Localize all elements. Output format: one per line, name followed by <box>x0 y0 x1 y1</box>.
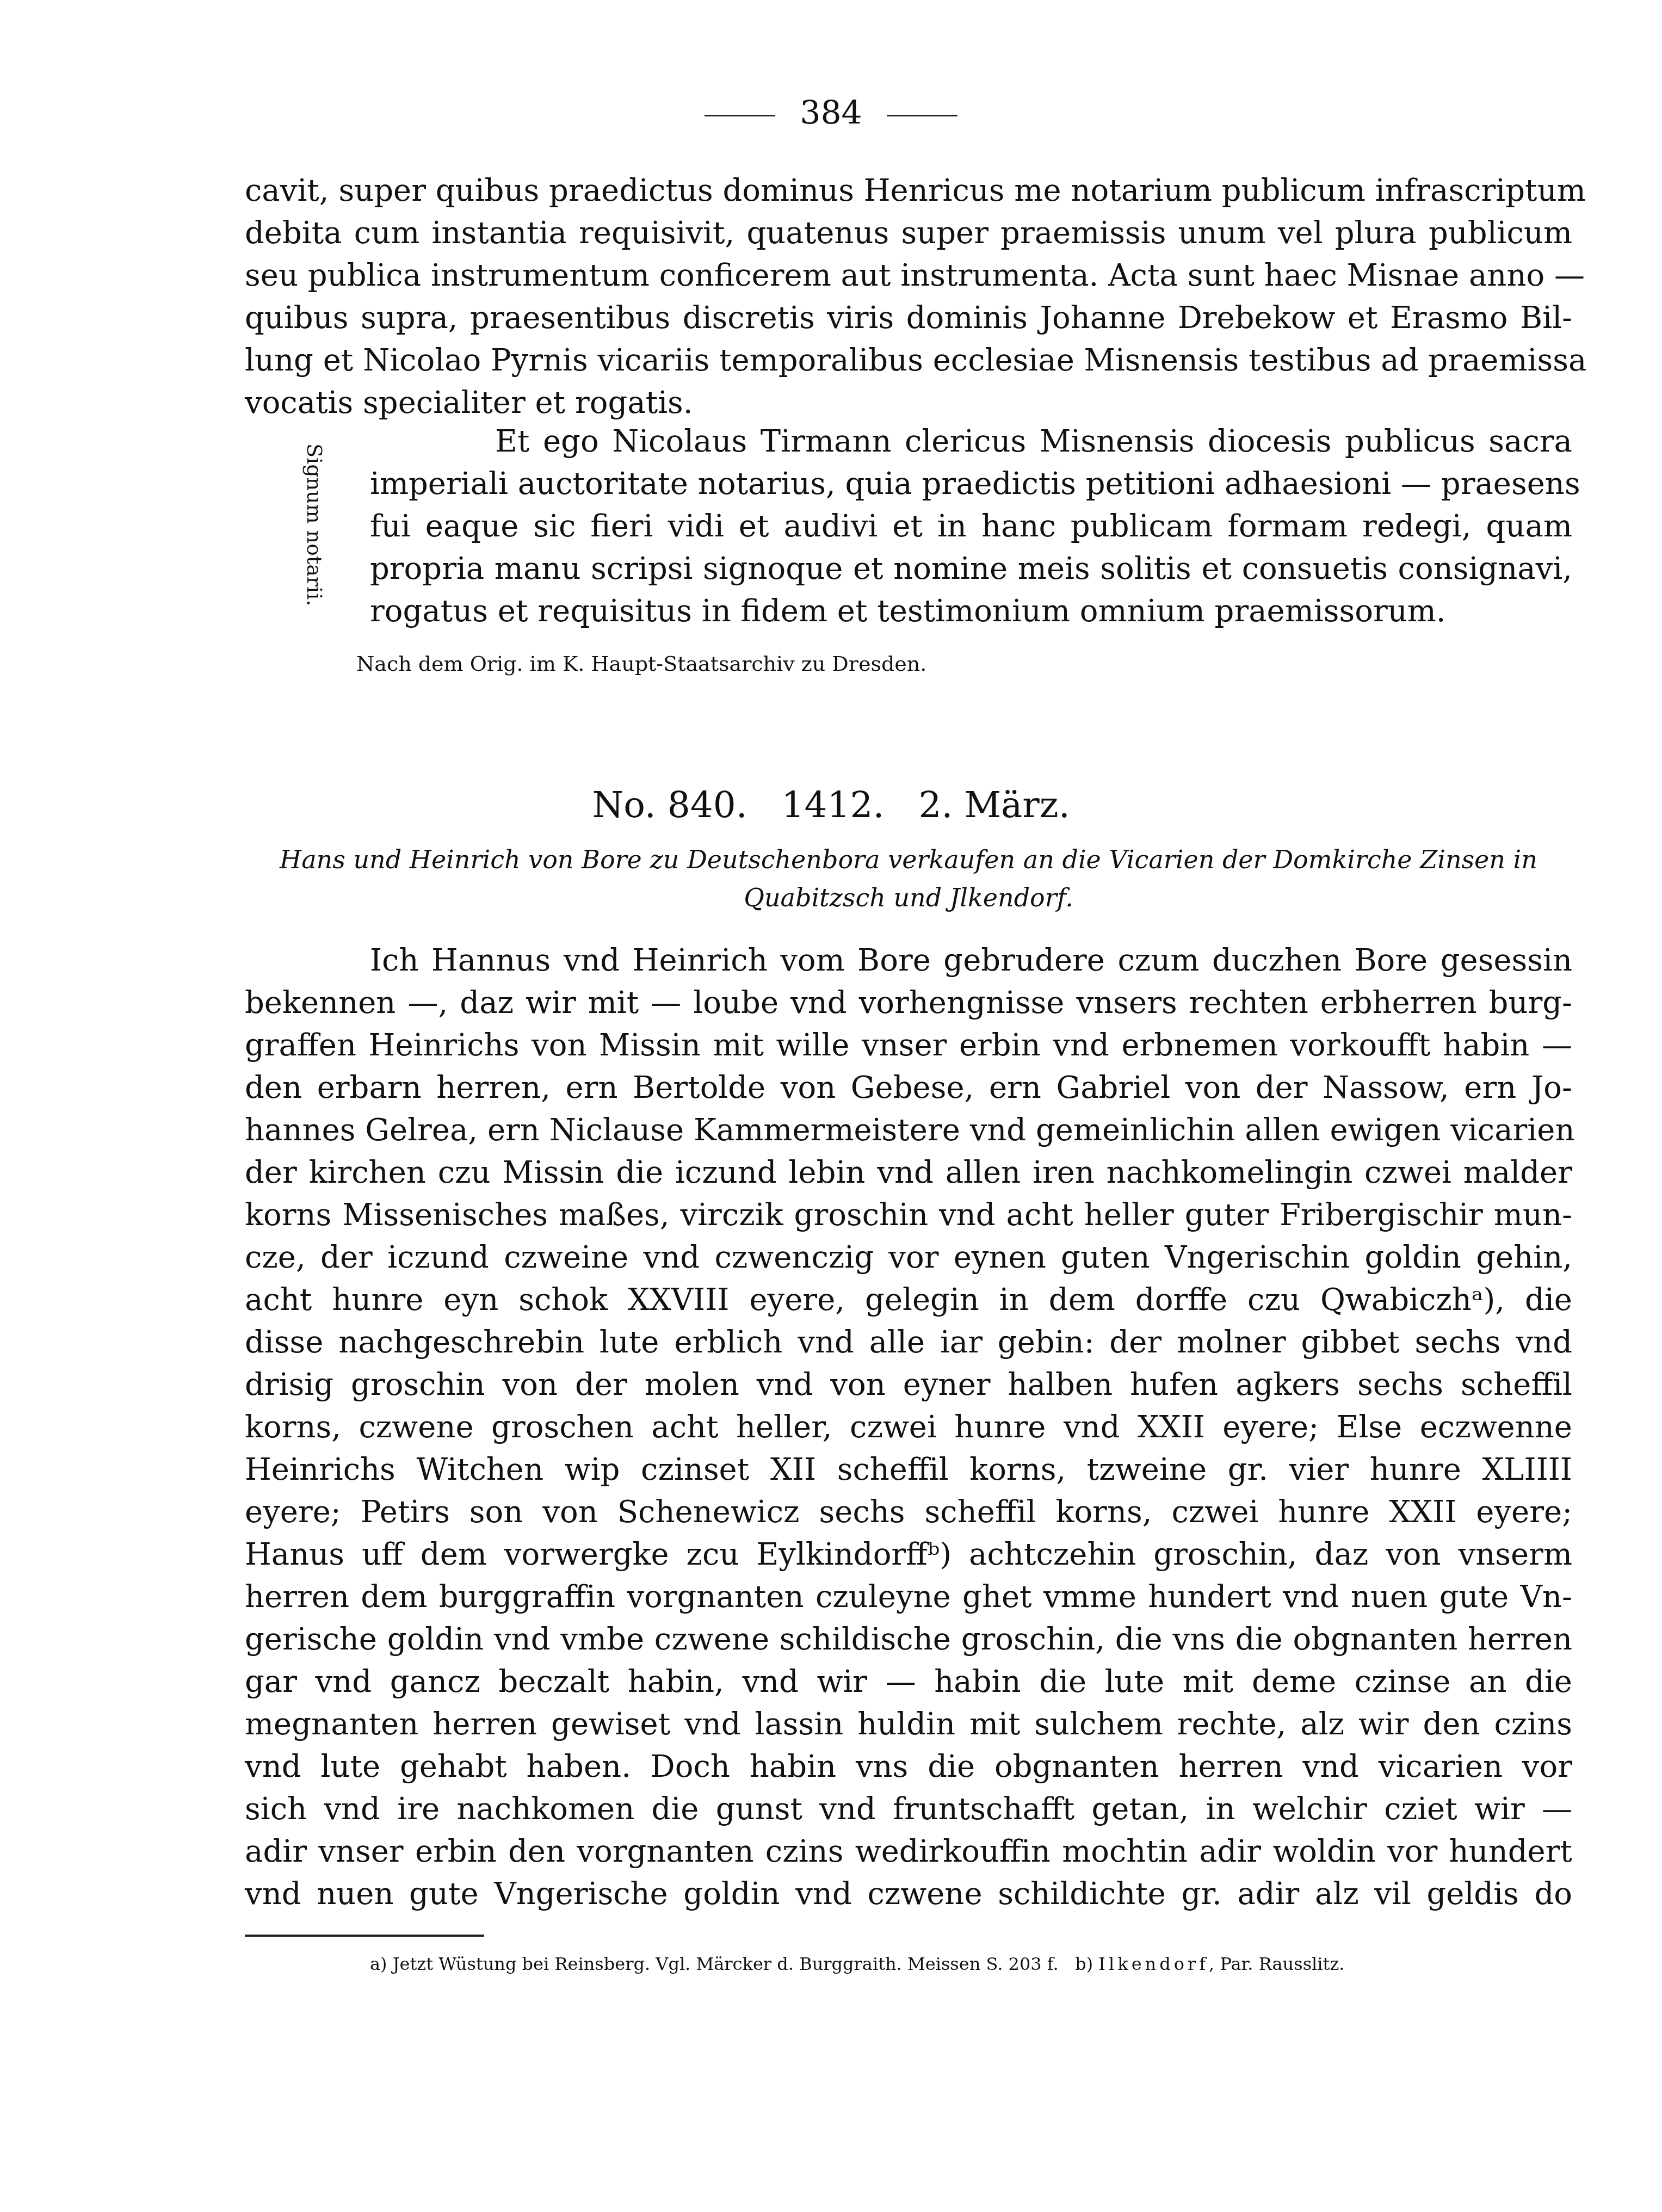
text-line: hannes Gelrea, ern Niclause Kammermeiste… <box>245 1109 1572 1152</box>
text-line: imperiali auctoritate notarius, quia pra… <box>370 463 1572 505</box>
text-line: fui eaque sic fieri vidi et audivi et in… <box>370 505 1572 548</box>
document-body: Ich Hannus vnd Heinrich vom Bore gebrude… <box>245 940 1572 1916</box>
text-line: eyere; Petirs son von Schenewicz sechs s… <box>245 1491 1572 1534</box>
text-line: vnd nuen gute Vngerische goldin vnd czwe… <box>245 1873 1572 1916</box>
summary-line: Quabitzsch und Jlkendorf. <box>245 879 1572 917</box>
footnote-a: a) Jetzt Wüstung bei Reinsberg. Vgl. Mär… <box>370 1954 1059 1974</box>
text-line: vocatis specialiter et rogatis. <box>245 382 1572 424</box>
text-line: Et ego Nicolaus Tirmann clericus Misnens… <box>370 421 1572 463</box>
text-line: cze, der iczund czweine vnd czwenczig vo… <box>245 1237 1572 1279</box>
notary-attestation: Et ego Nicolaus Tirmann clericus Misnens… <box>370 421 1572 633</box>
text-line: herren dem burggraffin vorgnanten czuley… <box>245 1576 1572 1618</box>
text-line: bekennen —, daz wir mit — loube vnd vorh… <box>245 982 1572 1024</box>
signum-notarii-label: Signum notarii. <box>298 435 331 615</box>
document-heading: No. 840. 1412. 2. März. <box>0 781 1662 830</box>
text-line: megnanten herren gewiset vnd lassin huld… <box>245 1703 1572 1746</box>
source-note: Nach dem Orig. im K. Haupt-Staatsarchiv … <box>356 647 926 680</box>
text-line: rogatus et requisitus in fidem et testim… <box>370 590 1572 633</box>
text-line: acht hunre eyn schok XXVIII eyere, geleg… <box>245 1279 1572 1321</box>
page-number: 384 <box>0 91 1662 135</box>
text-line: seu publica instrumentum conficerem aut … <box>245 255 1572 297</box>
document-summary: Hans und Heinrich von Bore zu Deutschenb… <box>245 841 1572 917</box>
text-line: disse nachgeschrebin lute erblich vnd al… <box>245 1321 1572 1364</box>
text-line: den erbarn herren, ern Bertolde von Gebe… <box>245 1067 1572 1109</box>
text-line: drisig groschin von der molen vnd von ey… <box>245 1364 1572 1406</box>
text-line: debita cum instantia requisivit, quatenu… <box>245 212 1572 255</box>
text-line: adir vnser erbin den vorgnanten czins we… <box>245 1831 1572 1873</box>
text-line: vnd lute gehabt haben. Doch habin vns di… <box>245 1746 1572 1788</box>
text-line: korns Missenisches maßes, virczik grosch… <box>245 1194 1572 1237</box>
footnote-b-place: Ilkendorf <box>1098 1954 1209 1974</box>
page-number-dash-right <box>887 115 957 116</box>
text-line: lung et Nicolao Pyrnis vicariis temporal… <box>245 339 1572 382</box>
page-number-dash-left <box>705 115 775 116</box>
footnotes: a) Jetzt Wüstung bei Reinsberg. Vgl. Mär… <box>370 1950 1344 1978</box>
text-line: Hanus uff dem vorwergke zcu Eylkindorffᵇ… <box>245 1534 1572 1576</box>
summary-line: Hans und Heinrich von Bore zu Deutschenb… <box>245 841 1572 879</box>
footnote-b-marker: b) <box>1075 1954 1098 1974</box>
page-number-value: 384 <box>800 94 862 132</box>
text-line: Heinrichs Witchen wip czinset XII scheff… <box>245 1449 1572 1491</box>
text-line: der kirchen czu Missin die iczund lebin … <box>245 1152 1572 1194</box>
footnote-divider <box>245 1935 484 1937</box>
footnote-b: b) Ilkendorf, Par. Rausslitz. <box>1064 1954 1345 1974</box>
text-line: gerische goldin vnd vmbe czwene schildis… <box>245 1618 1572 1661</box>
text-line: graffen Heinrichs von Missin mit wille v… <box>245 1024 1572 1067</box>
text-line: korns, czwene groschen acht heller, czwe… <box>245 1406 1572 1449</box>
text-line: quibus supra, praesentibus discretis vir… <box>245 297 1572 339</box>
text-line: Ich Hannus vnd Heinrich vom Bore gebrude… <box>245 940 1572 982</box>
text-line: sich vnd ire nachkomen die gunst vnd fru… <box>245 1788 1572 1831</box>
text-line: cavit, super quibus praedictus dominus H… <box>245 170 1572 212</box>
continuation-paragraph: cavit, super quibus praedictus dominus H… <box>245 170 1572 424</box>
footnote-b-parish: , Par. Rausslitz. <box>1209 1954 1344 1974</box>
text-line: gar vnd gancz beczalt habin, vnd wir — h… <box>245 1661 1572 1703</box>
text-line: propria manu scripsi signoque et nomine … <box>370 548 1572 590</box>
